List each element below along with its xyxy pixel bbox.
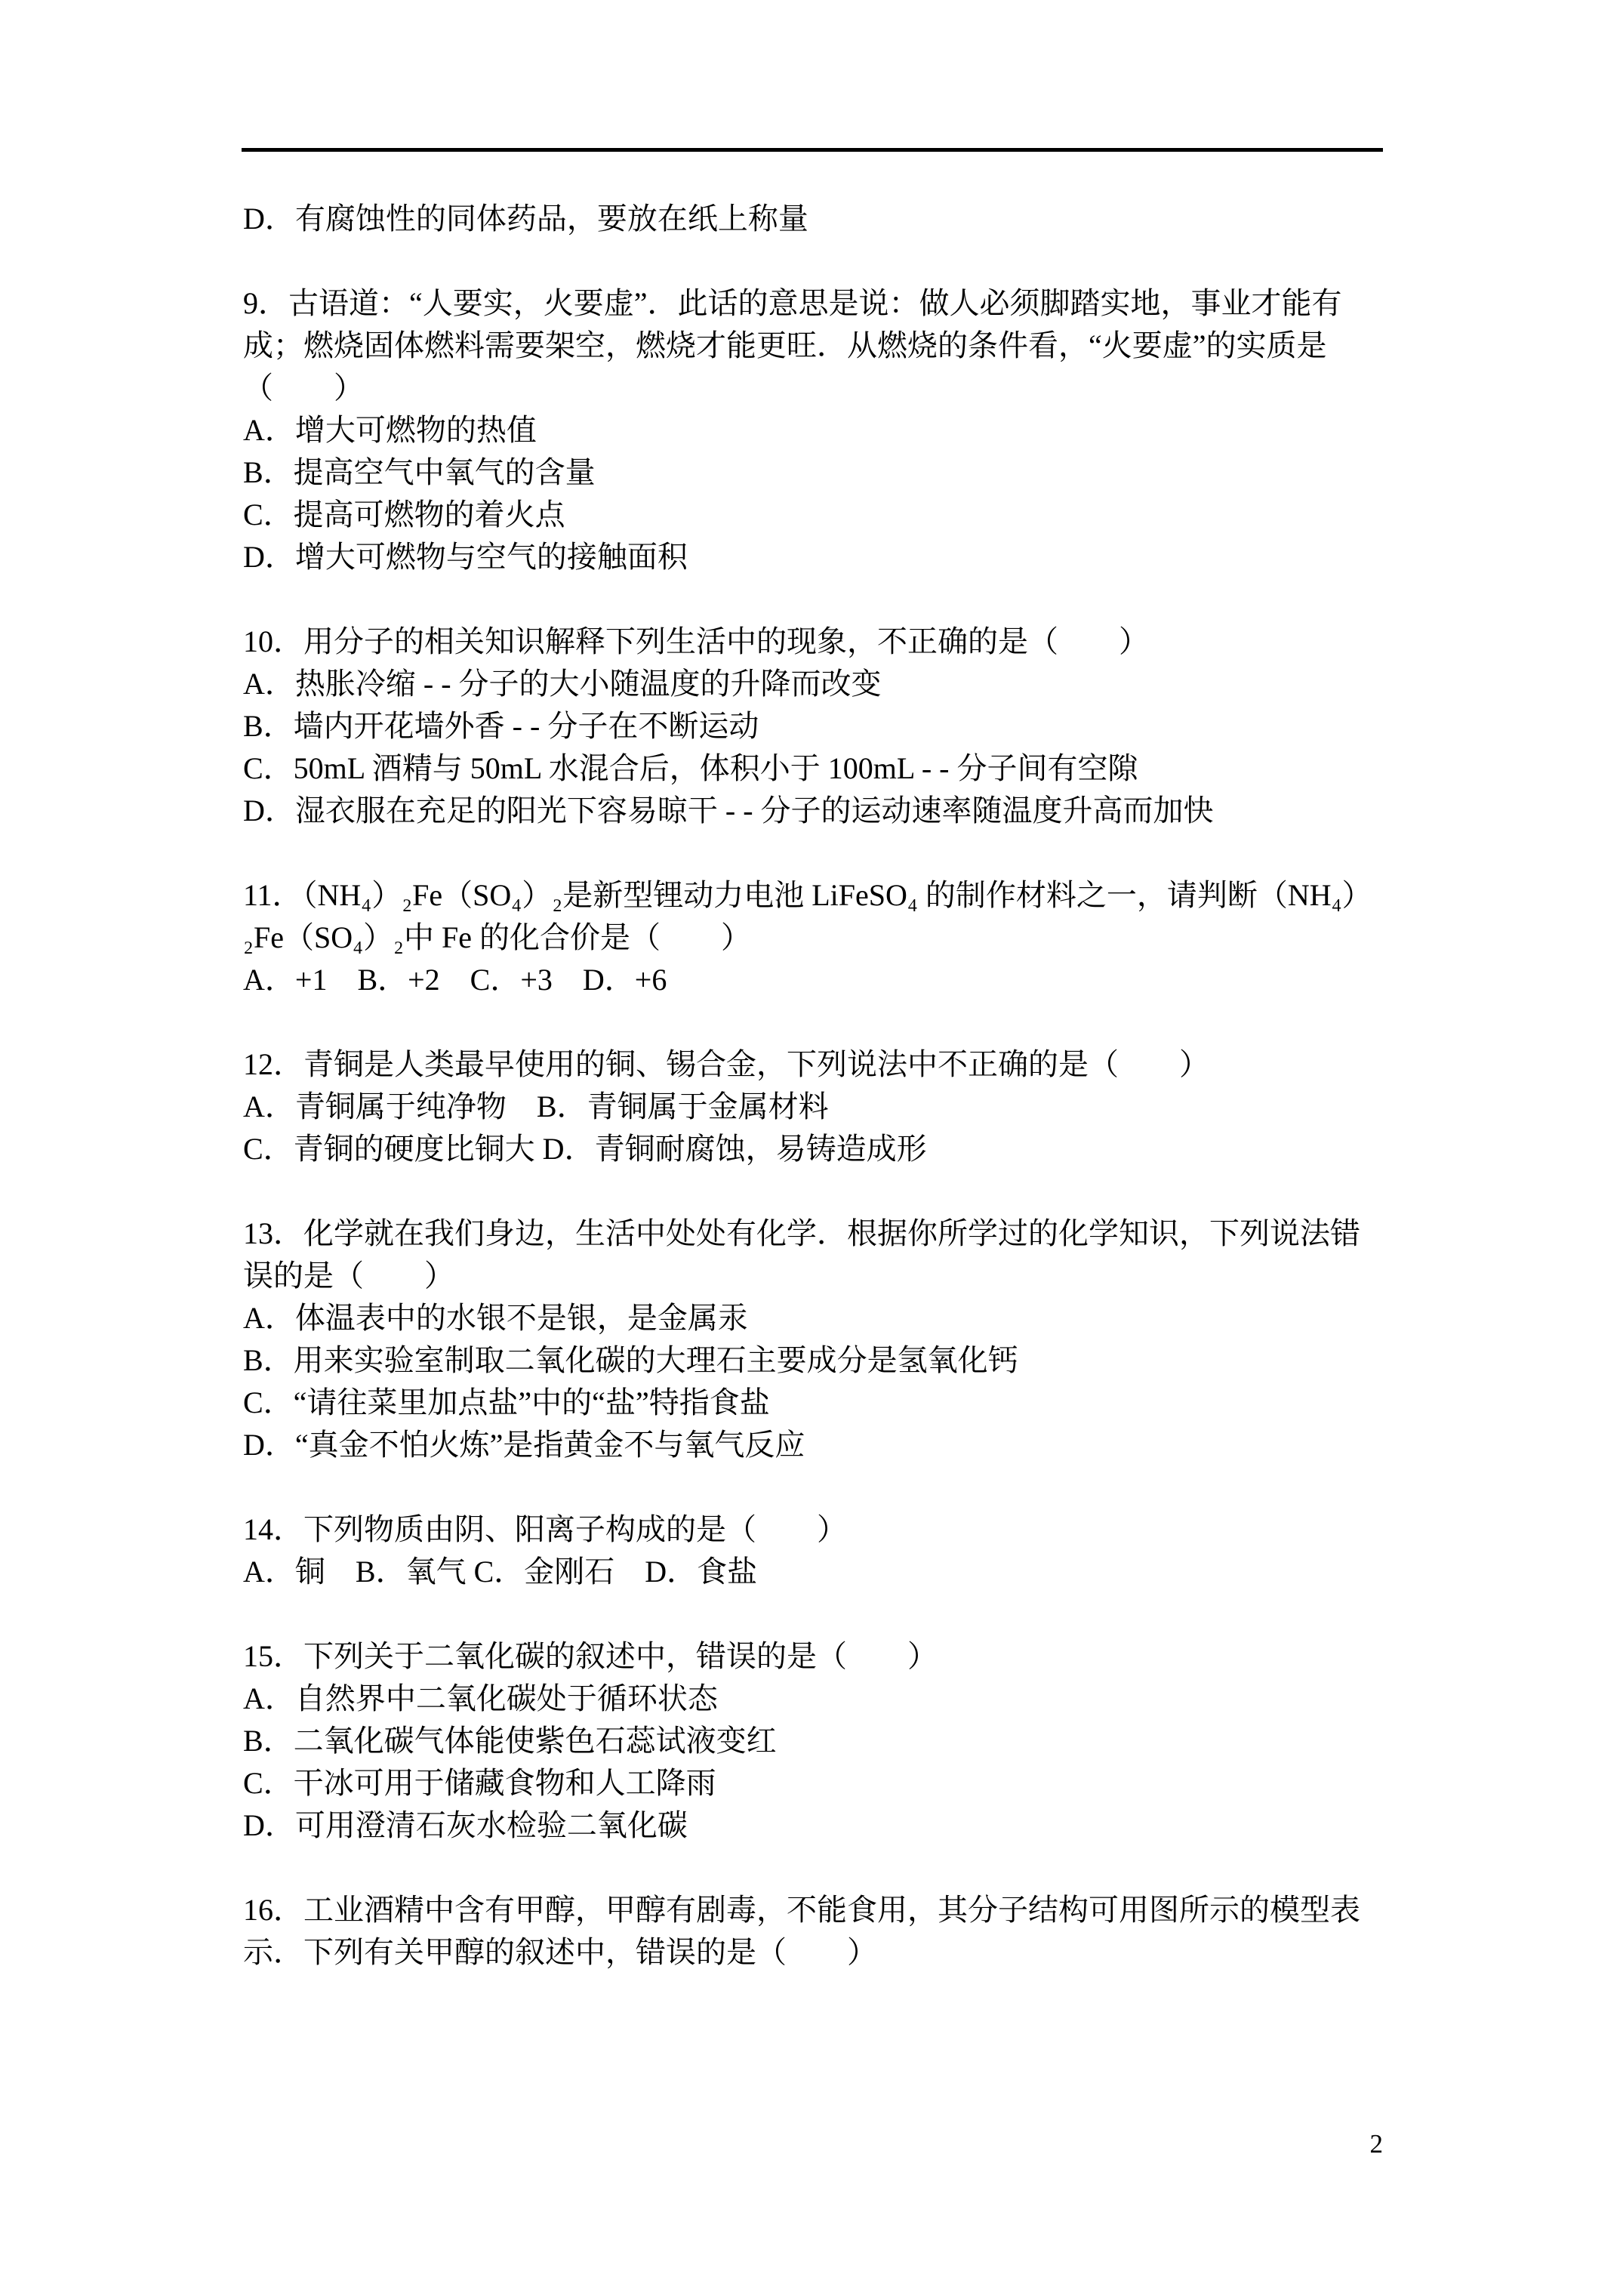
question-9-option-a: A．增大可燃物的热值	[243, 409, 1384, 451]
question-9-option-c: C．提高可燃物的着火点	[243, 494, 1384, 536]
question-13-option-a: A．体温表中的水银不是银，是金属汞	[243, 1297, 1384, 1339]
question-11-text: 11．（NH₄）₂Fe（SO₄）₂是新型锂动力电池 LiFeSO₄ 的制作材料之…	[243, 874, 1384, 959]
question-12-text: 12．青铜是人类最早使用的铜、锡合金，下列说法中不正确的是（ ）	[243, 1043, 1384, 1086]
question-10-option-a: A．热胀冷缩 - - 分子的大小随温度的升降而改变	[243, 663, 1384, 705]
question-14: 14．下列物质由阴、阳离子构成的是（ ） A．铜 B．氧气 C．金刚石 D．食盐	[243, 1509, 1384, 1593]
question-8-carryover-option: D．有腐蚀性的同体药品，要放在纸上称量	[243, 198, 1384, 240]
question-16: 16．工业酒精中含有甲醇，甲醇有剧毒，不能食用，其分子结构可用图所示的模型表示．…	[243, 1889, 1384, 1974]
question-14-text: 14．下列物质由阴、阳离子构成的是（ ）	[243, 1509, 1384, 1551]
page-content: D．有腐蚀性的同体药品，要放在纸上称量 9．古语道：“人要实，火要虚”．此话的意…	[243, 198, 1384, 2016]
question-10-option-d: D．湿衣服在充足的阳光下容易晾干 - - 分子的运动速率随温度升高而加快	[243, 790, 1384, 832]
question-15-option-c: C．干冰可用于储藏食物和人工降雨	[243, 1762, 1384, 1804]
question-11: 11．（NH₄）₂Fe（SO₄）₂是新型锂动力电池 LiFeSO₄ 的制作材料之…	[243, 874, 1384, 1001]
question-14-options-abcd: A．铜 B．氧气 C．金刚石 D．食盐	[243, 1551, 1384, 1593]
question-12-options-cd: C．青铜的硬度比铜大 D．青铜耐腐蚀，易铸造成形	[243, 1128, 1384, 1170]
question-9-option-d: D．增大可燃物与空气的接触面积	[243, 536, 1384, 578]
question-15-option-d: D．可用澄清石灰水检验二氧化碳	[243, 1804, 1384, 1847]
question-15: 15．下列关于二氧化碳的叙述中，错误的是（ ） A．自然界中二氧化碳处于循环状态…	[243, 1635, 1384, 1847]
question-13-option-b: B．用来实验室制取二氧化碳的大理石主要成分是氢氧化钙	[243, 1339, 1384, 1382]
question-10-option-c: C．50mL 酒精与 50mL 水混合后，体积小于 100mL - - 分子间有…	[243, 747, 1384, 790]
question-10: 10．用分子的相关知识解释下列生活中的现象，不正确的是（ ） A．热胀冷缩 - …	[243, 621, 1384, 832]
question-15-option-b: B．二氧化碳气体能使紫色石蕊试液变红	[243, 1720, 1384, 1762]
question-16-text: 16．工业酒精中含有甲醇，甲醇有剧毒，不能食用，其分子结构可用图所示的模型表示．…	[243, 1889, 1384, 1974]
question-9-option-b: B．提高空气中氧气的含量	[243, 451, 1384, 494]
question-15-option-a: A．自然界中二氧化碳处于循环状态	[243, 1678, 1384, 1720]
question-12: 12．青铜是人类最早使用的铜、锡合金，下列说法中不正确的是（ ） A．青铜属于纯…	[243, 1043, 1384, 1170]
question-10-option-b: B．墙内开花墙外香 - - 分子在不断运动	[243, 705, 1384, 747]
exam-document-page: { "page_number": "2", "carryover_option"…	[0, 0, 1623, 2296]
question-10-text: 10．用分子的相关知识解释下列生活中的现象，不正确的是（ ）	[243, 621, 1384, 663]
question-9: 9．古语道：“人要实，火要虚”．此话的意思是说：做人必须脚踏实地，事业才能有成；…	[243, 282, 1384, 578]
question-15-text: 15．下列关于二氧化碳的叙述中，错误的是（ ）	[243, 1635, 1384, 1678]
question-12-options-ab: A．青铜属于纯净物 B．青铜属于金属材料	[243, 1086, 1384, 1128]
option-line-d: D．有腐蚀性的同体药品，要放在纸上称量	[243, 198, 1384, 240]
question-13-option-d: D．“真金不怕火炼”是指黄金不与氧气反应	[243, 1424, 1384, 1466]
question-13-option-c: C．“请往菜里加点盐”中的“盐”特指食盐	[243, 1382, 1384, 1424]
question-11-options-abcd: A．+1 B．+2 C．+3 D．+6	[243, 959, 1384, 1001]
page-number: 2	[1370, 2129, 1384, 2159]
question-13-text: 13．化学就在我们身边，生活中处处有化学．根据你所学过的化学知识，下列说法错误的…	[243, 1213, 1384, 1297]
question-9-text: 9．古语道：“人要实，火要虚”．此话的意思是说：做人必须脚踏实地，事业才能有成；…	[243, 282, 1384, 409]
header-rule	[242, 148, 1383, 152]
question-13: 13．化学就在我们身边，生活中处处有化学．根据你所学过的化学知识，下列说法错误的…	[243, 1213, 1384, 1466]
